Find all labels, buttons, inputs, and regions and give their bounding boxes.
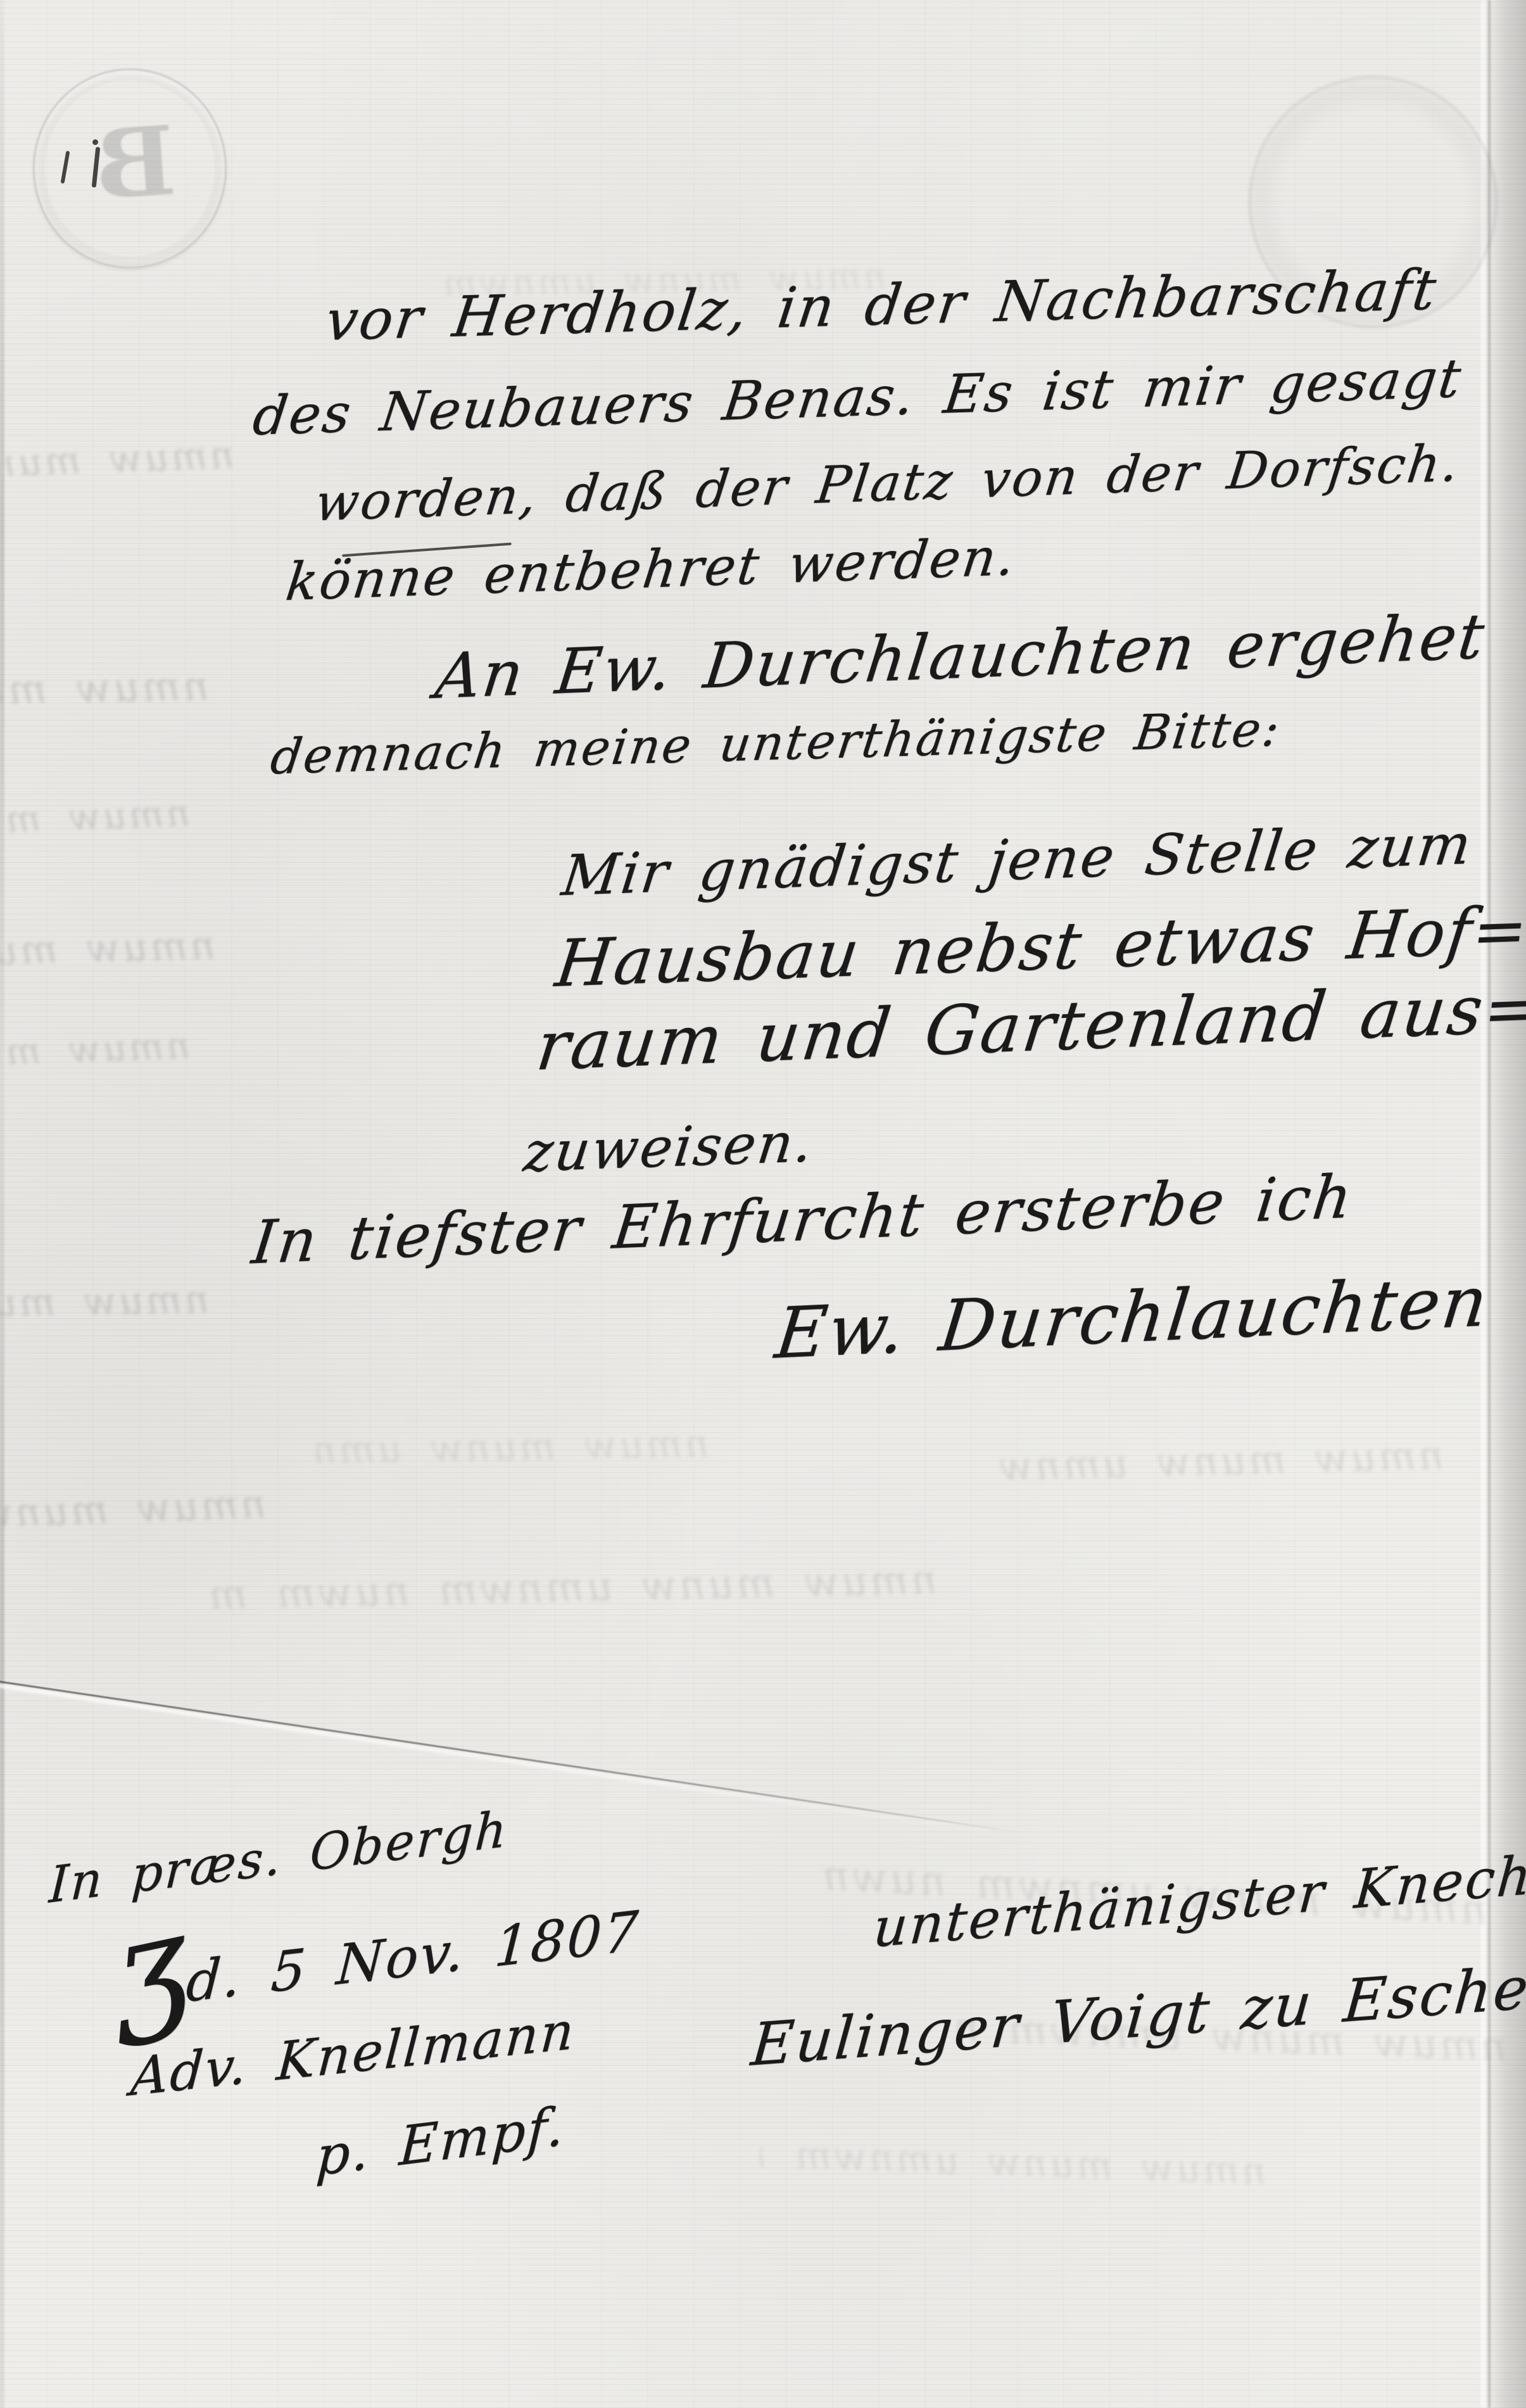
handwriting-line-10: zuweisen. xyxy=(520,1111,818,1184)
handwriting-line-5: An Ew. Durchlauchten ergehet xyxy=(432,600,1490,713)
docket-date: d. 5 Nov. 1807 xyxy=(184,1899,641,2015)
handwriting-line-6: demnach meine unterthänigste Bitte: xyxy=(268,700,1285,785)
docket-note: p. Empf. xyxy=(315,2094,567,2188)
bleedthrough-line: nmuw munw umnwm nuwm mnuw wnum munwm xyxy=(0,1024,191,1074)
bleedthrough-line: nmuw munw umnwm nuwm mnuw wnum munwm xyxy=(316,1422,709,1473)
bleedthrough-line: nmuw munw umnwm nuwm mnuw wnum munwm xyxy=(0,792,191,841)
handwriting-line-7: Mir gnädigst jene Stelle zum xyxy=(558,811,1477,909)
bleedthrough-line: nmuw munw umnwm nuwm mnuw wnum munwm xyxy=(6,433,235,486)
bleedthrough-line: nmuw munw umnwm nuwm mnuw wnum munwm xyxy=(0,663,210,714)
handwriting-line-12: Ew. Durchlauchten xyxy=(771,1260,1493,1374)
left-page-edge xyxy=(0,0,4,2408)
ink-mark xyxy=(92,139,98,145)
bleedthrough-line: nmuw munw umnwm nuwm mnuw wnum munwm xyxy=(208,1557,937,1619)
bleedthrough-line: nmuw munw umnwm nuwm mnuw wnum munwm xyxy=(0,922,216,974)
docket-advocate-name: Adv. Knellmann xyxy=(129,2000,578,2108)
bleedthrough-line: nmuw munw umnwm nuwm mnuw wnum munwm xyxy=(1000,1432,1444,1490)
bleedthrough-line: nmuw munw umnwm nuwm mnuw wnum munwm xyxy=(759,2132,1267,2194)
handwriting-line-11: In tiefster Ehrfurcht ersterbe ich xyxy=(248,1162,1357,1277)
bleedthrough-line: nmuw munw umnwm nuwm mnuw wnum munwm xyxy=(0,1277,210,1326)
docket-paraph-flourish: ʒ xyxy=(107,1898,195,2034)
document-page: { "page": { "paper_color": "#efeeeb", "i… xyxy=(0,0,1526,2408)
handwriting-line-3: worden, daß der Platz von der Dorfsch. xyxy=(312,433,1464,533)
handwriting-line-4: könne entbehret werden. xyxy=(282,527,1019,613)
handwriting-line-2: des Neubauers Benas. Es ist mir gesagt xyxy=(249,347,1466,447)
embossed-seal-letter: B xyxy=(91,105,179,222)
bleedthrough-line: nmuw munw umnwm nuwm mnuw wnum munwm xyxy=(0,1481,267,1537)
paper-crease xyxy=(0,1680,1019,1834)
